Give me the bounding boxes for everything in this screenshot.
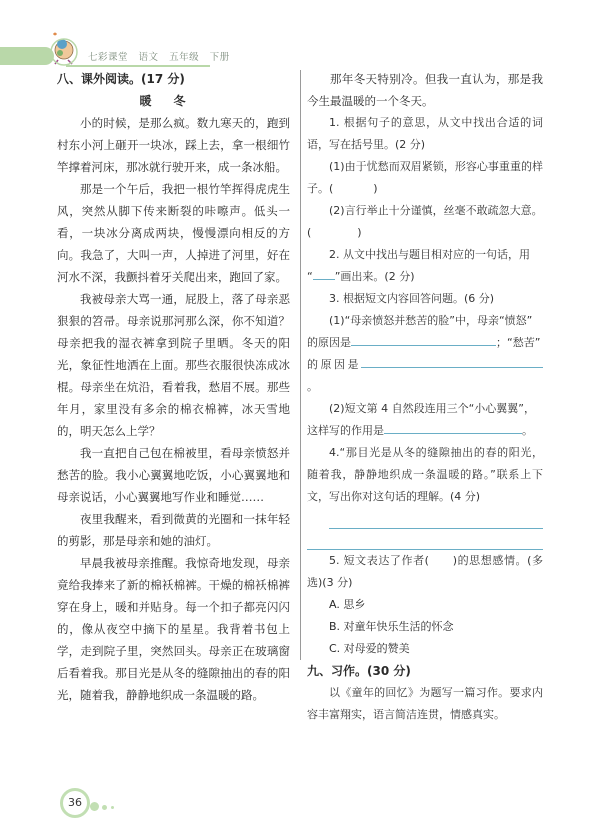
question-5: 5. 短文表达了作者( )的思想感情。(多选)(3 分) [307, 550, 543, 594]
story-paragraph: 那年冬天特别冷。但我一直认为，那是我今生最温暖的一个冬天。 [307, 68, 543, 112]
story-paragraph: 我一直把自己包在棉被里，看母亲愤怒并愁苦的脸。我小心翼翼地吃饭，小心翼翼地和母亲… [57, 442, 290, 508]
answer-line-q4-2[interactable] [307, 529, 543, 550]
answer-line-worry-reason[interactable] [361, 355, 543, 368]
story-paragraph: 那是一个午后，我把一根竹竿挥得虎虎生风，突然从脚下传来断裂的咔嚓声。低头一看，一… [57, 178, 290, 288]
question-1-2: (2)言行举止十分谨慎，丝毫不敢疏忽大意。 [307, 200, 543, 222]
mascot-icon [48, 30, 78, 66]
header-rule [66, 65, 210, 67]
page-number: 36 [60, 788, 90, 818]
underline-sample [313, 267, 335, 280]
series-name: 七彩课堂 [88, 52, 128, 63]
decor-dot [111, 806, 114, 809]
subject: 语文 [139, 52, 159, 63]
question-3-1: (1)“母亲愤怒并愁苦的脸”中，母亲“愤怒” [307, 310, 543, 332]
question-1: 1. 根据句子的意思，从文中找出合适的词语，写在括号里。(2 分) [307, 112, 543, 156]
running-header: 七彩课堂 语文 五年级 下册 [88, 49, 237, 63]
answer-field-1-1[interactable] [333, 180, 373, 192]
option-b[interactable]: B. 对童年快乐生活的怀念 [307, 616, 543, 638]
column-divider [300, 70, 301, 660]
question-3: 3. 根据短文内容回答问题。(6 分) [307, 288, 543, 310]
answer-line-q4-1[interactable] [329, 508, 543, 529]
option-a[interactable]: A. 思乡 [307, 594, 543, 616]
answer-field-1-2[interactable]: () [307, 222, 543, 244]
story-paragraph: 夜里我醒来，看到微黄的光圈和一抹年轻的剪影，那是母亲和她的油灯。 [57, 508, 290, 552]
left-column: 八、课外阅读。(17 分) 暖冬 小的时候，是那么疯。数九寒天的，跑到村东小河上… [57, 68, 290, 706]
story-title: 暖冬 [57, 90, 290, 112]
story-paragraph: 小的时候，是那么疯。数九寒天的，跑到村东小河上砸开一块冰，踩上去，拿一根细竹竿撑… [57, 112, 290, 178]
question-2-cont: “”画出来。(2 分) [307, 266, 543, 288]
writing-prompt: 以《童年的回忆》为题写一篇习作。要求内容丰富翔实，语言简洁连贯，情感真实。 [307, 682, 543, 726]
option-c[interactable]: C. 对母爱的赞美 [307, 638, 543, 660]
question-3-2: (2)短文第 4 自然段连用三个“小心翼翼”， [307, 398, 543, 420]
volume: 下册 [210, 52, 230, 63]
question-1-1: (1)由于忧愁而双眉紧锁，形容心事重重的样子。() [307, 156, 543, 200]
section-9-title: 九、习作。(30 分) [307, 660, 543, 682]
header-band [0, 47, 54, 65]
decor-dot [102, 805, 107, 810]
section-8-title: 八、课外阅读。(17 分) [57, 68, 290, 90]
question-4: 4.“那目光是从冬的缝隙抽出的春的阳光，随着我，静静地织成一条温暖的路。”联系上… [307, 442, 543, 508]
story-paragraph: 早晨我被母亲推醒。我惊奇地发现，母亲竟给我捧来了新的棉袄棉裤。干燥的棉袄棉裤穿在… [57, 552, 290, 706]
right-column: 那年冬天特别冷。但我一直认为，那是我今生最温暖的一个冬天。 1. 根据句子的意思… [307, 68, 543, 726]
grade: 五年级 [169, 52, 199, 63]
story-paragraph: 我被母亲大骂一通，屁股上，落了母亲恶狠狠的笤帚。母亲说那河那么深，你不知道？母亲… [57, 288, 290, 442]
decor-dot [90, 802, 99, 811]
answer-line-anger-reason[interactable] [351, 333, 496, 346]
question-2: 2. 从文中找出与题目相对应的一句话，用 [307, 244, 543, 266]
answer-line-effect[interactable] [384, 421, 522, 434]
